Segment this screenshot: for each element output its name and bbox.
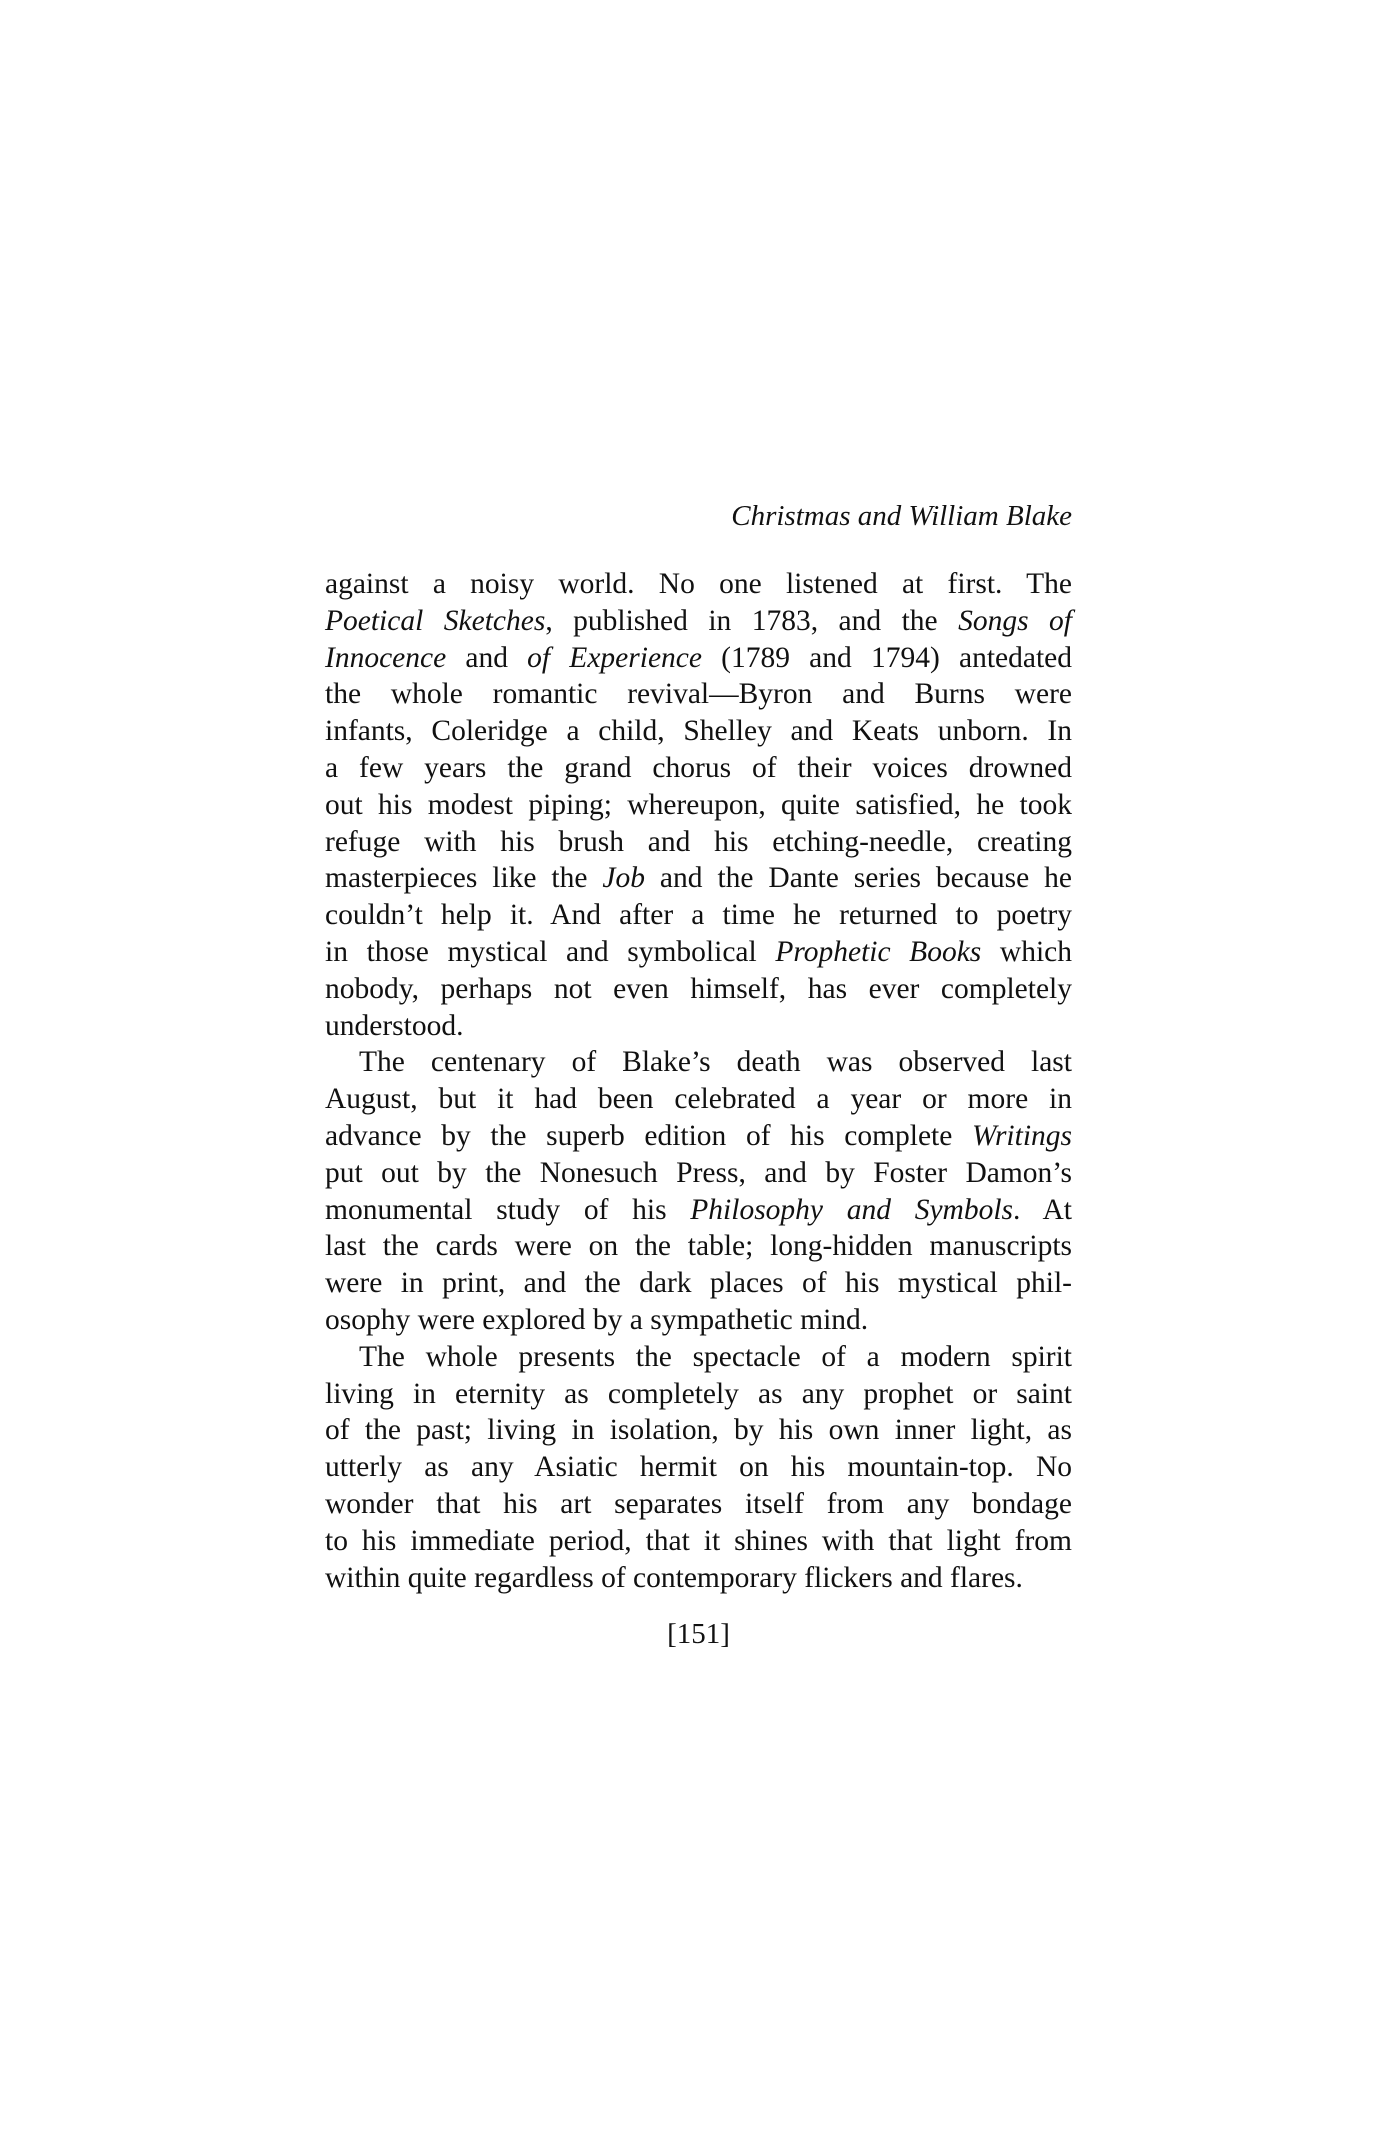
text-line: refuge with his brush and his etching-ne… (325, 824, 1072, 861)
italic-title: of Experience (527, 642, 702, 674)
text-line: osophy were explored by a sympathetic mi… (325, 1302, 1072, 1339)
text-line: couldn’t help it. And after a time he re… (325, 897, 1072, 934)
text-line: infants, Coleridge a child, Shelley and … (325, 713, 1072, 750)
text-line: last the cards were on the table; long-h… (325, 1228, 1072, 1265)
text-line: put out by the Nonesuch Press, and by Fo… (325, 1155, 1072, 1192)
text-line: out his modest piping; whereupon, quite … (325, 787, 1072, 824)
text-line: within quite regardless of contemporary … (325, 1560, 1072, 1597)
text-line: understood. (325, 1008, 1072, 1045)
text-line: against a noisy world. No one listened a… (325, 566, 1072, 603)
text-line: Innocence and of Experience (1789 and 17… (325, 640, 1072, 677)
text-line: monumental study of his Philosophy and S… (325, 1192, 1072, 1229)
book-page: Christmas and William Blake against a no… (0, 0, 1400, 2154)
text-line: in those mystical and symbolical Prophet… (325, 934, 1072, 971)
text-line: were in print, and the dark places of hi… (325, 1265, 1072, 1302)
text-line: nobody, perhaps not even himself, has ev… (325, 971, 1072, 1008)
running-head: Christmas and William Blake (325, 496, 1072, 536)
italic-title: Writings (972, 1120, 1072, 1152)
italic-title: Songs of (958, 605, 1072, 637)
text-line: wonder that his art separates itself fro… (325, 1486, 1072, 1523)
italic-title: Job (602, 862, 645, 894)
text-line: The centenary of Blake’s death was obser… (325, 1044, 1072, 1081)
text-line: to his immediate period, that it shines … (325, 1523, 1072, 1560)
italic-title: Innocence (325, 642, 446, 674)
text-line: living in eternity as completely as any … (325, 1376, 1072, 1413)
italic-title: Poetical Sketches (325, 605, 545, 637)
text-line: The whole presents the spectacle of a mo… (325, 1339, 1072, 1376)
italic-title: Philosophy and Symbols (690, 1194, 1013, 1226)
text-line: of the past; living in isolation, by his… (325, 1412, 1072, 1449)
text-line: the whole romantic revival—Byron and Bur… (325, 676, 1072, 713)
body-text: against a noisy world. No one listened a… (325, 566, 1072, 1596)
text-line: August, but it had been celebrated a yea… (325, 1081, 1072, 1118)
text-line: advance by the superb edition of his com… (325, 1118, 1072, 1155)
italic-title: Prophetic Books (775, 936, 981, 968)
page-number: [151] (325, 1614, 1072, 1654)
text-line: Poetical Sketches, published in 1783, an… (325, 603, 1072, 640)
text-line: a few years the grand chorus of their vo… (325, 750, 1072, 787)
text-line: utterly as any Asiatic hermit on his mou… (325, 1449, 1072, 1486)
text-line: masterpieces like the Job and the Dante … (325, 860, 1072, 897)
